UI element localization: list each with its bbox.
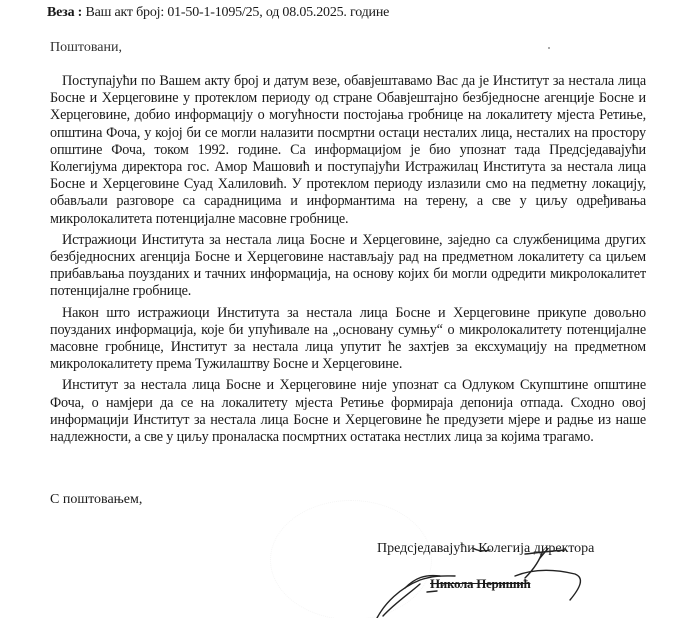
paragraph-4: Институт за нестала лица Босне и Херцего… [50, 377, 646, 446]
reference-line: Веза : Ваш акт број: 01-50-1-1095/25, од… [47, 5, 389, 21]
letter-body: Поступајући по Вашем акту број и датум в… [50, 73, 646, 450]
reference-label: Веза : [47, 5, 82, 20]
greeting: Поштовани, [50, 40, 122, 56]
letter-page: Веза : Ваш акт број: 01-50-1-1095/25, од… [0, 0, 700, 618]
reference-text: Ваш акт број: 01-50-1-1095/25, од 08.05.… [85, 5, 389, 20]
paragraph-2: Истражиоци Института за нестала лица Бос… [50, 232, 646, 301]
paragraph-1: Поступајући по Вашем акту број и датум в… [50, 73, 646, 228]
closing: С поштовањем, [50, 492, 142, 508]
scan-speck [548, 47, 550, 49]
paragraph-3: Након што истражиоци Института за нестал… [50, 305, 646, 374]
handwritten-signature-icon [365, 548, 605, 618]
